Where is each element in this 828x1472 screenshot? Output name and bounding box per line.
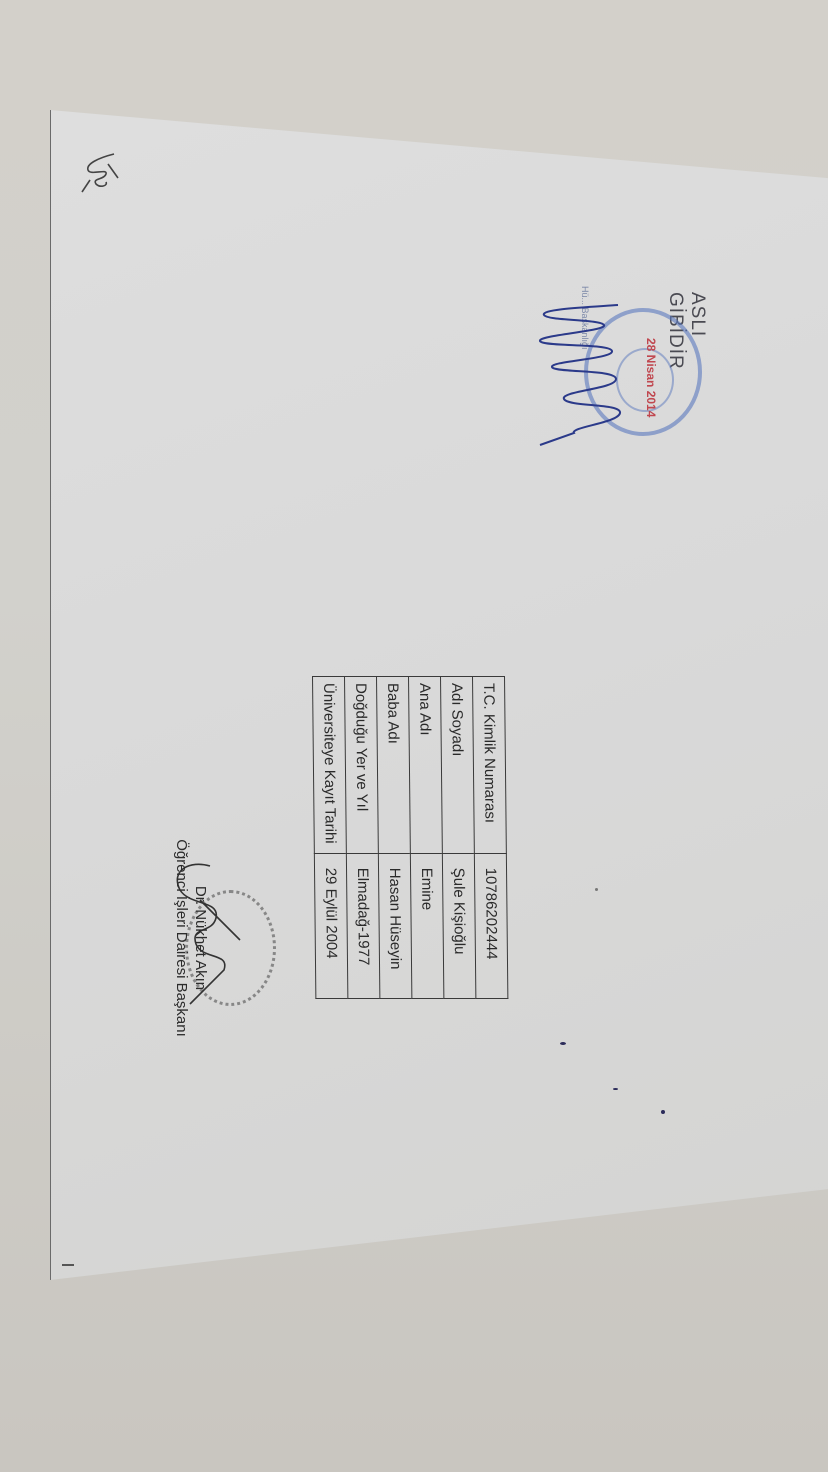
table-row: T.C. Kimlik Numarası 10786202444 xyxy=(473,677,508,999)
row-value: Emine xyxy=(410,853,444,998)
signature-block: Dr. Nükhet Akın Öğrenci İşleri Dairesi B… xyxy=(172,818,210,1058)
signatory-name: Dr. Nükhet Akın xyxy=(191,818,210,1058)
handwritten-initials-icon xyxy=(78,150,128,200)
student-info-table: T.C. Kimlik Numarası 10786202444 Adı Soy… xyxy=(312,676,508,999)
row-label: Üniversiteye Kayıt Tarihi xyxy=(313,677,347,854)
ink-speck xyxy=(560,1042,566,1045)
signatory-title: Öğrenci İşleri Dairesi Başkanı xyxy=(172,818,191,1058)
table-row: Ana Adı Emine xyxy=(409,677,444,999)
table-row: Üniversiteye Kayıt Tarihi 29 Eylül 2004 xyxy=(313,677,348,999)
row-label: Doğduğu Yer ve Yıl xyxy=(345,677,379,854)
ink-speck xyxy=(595,888,598,891)
photo-scene: ASLI GİBİDİR 28 Nisan 2014 Hü... Başkanl… xyxy=(0,0,828,1472)
table-row: Baba Adı Hasan Hüseyin xyxy=(377,677,412,999)
signature-icon xyxy=(150,860,280,1010)
table-row: Doğduğu Yer ve Yıl Elmadağ-1977 xyxy=(345,677,380,999)
row-value: Hasan Hüseyin xyxy=(378,853,412,998)
table-row: Adı Soyadı Şule Kişioğlu xyxy=(441,677,476,999)
row-label: T.C. Kimlik Numarası xyxy=(473,677,507,854)
row-value: Elmadağ-1977 xyxy=(346,853,380,998)
row-value: 29 Eylül 2004 xyxy=(314,853,348,998)
edge-mark xyxy=(62,1264,74,1266)
ink-speck xyxy=(613,1088,618,1090)
ink-speck xyxy=(661,1110,665,1114)
row-label: Adı Soyadı xyxy=(441,677,475,854)
row-label: Ana Adı xyxy=(409,677,443,854)
row-value: 10786202444 xyxy=(474,853,508,998)
row-label: Baba Adı xyxy=(377,677,411,854)
stamp-signature-icon xyxy=(530,295,650,455)
row-value: Şule Kişioğlu xyxy=(442,853,476,998)
